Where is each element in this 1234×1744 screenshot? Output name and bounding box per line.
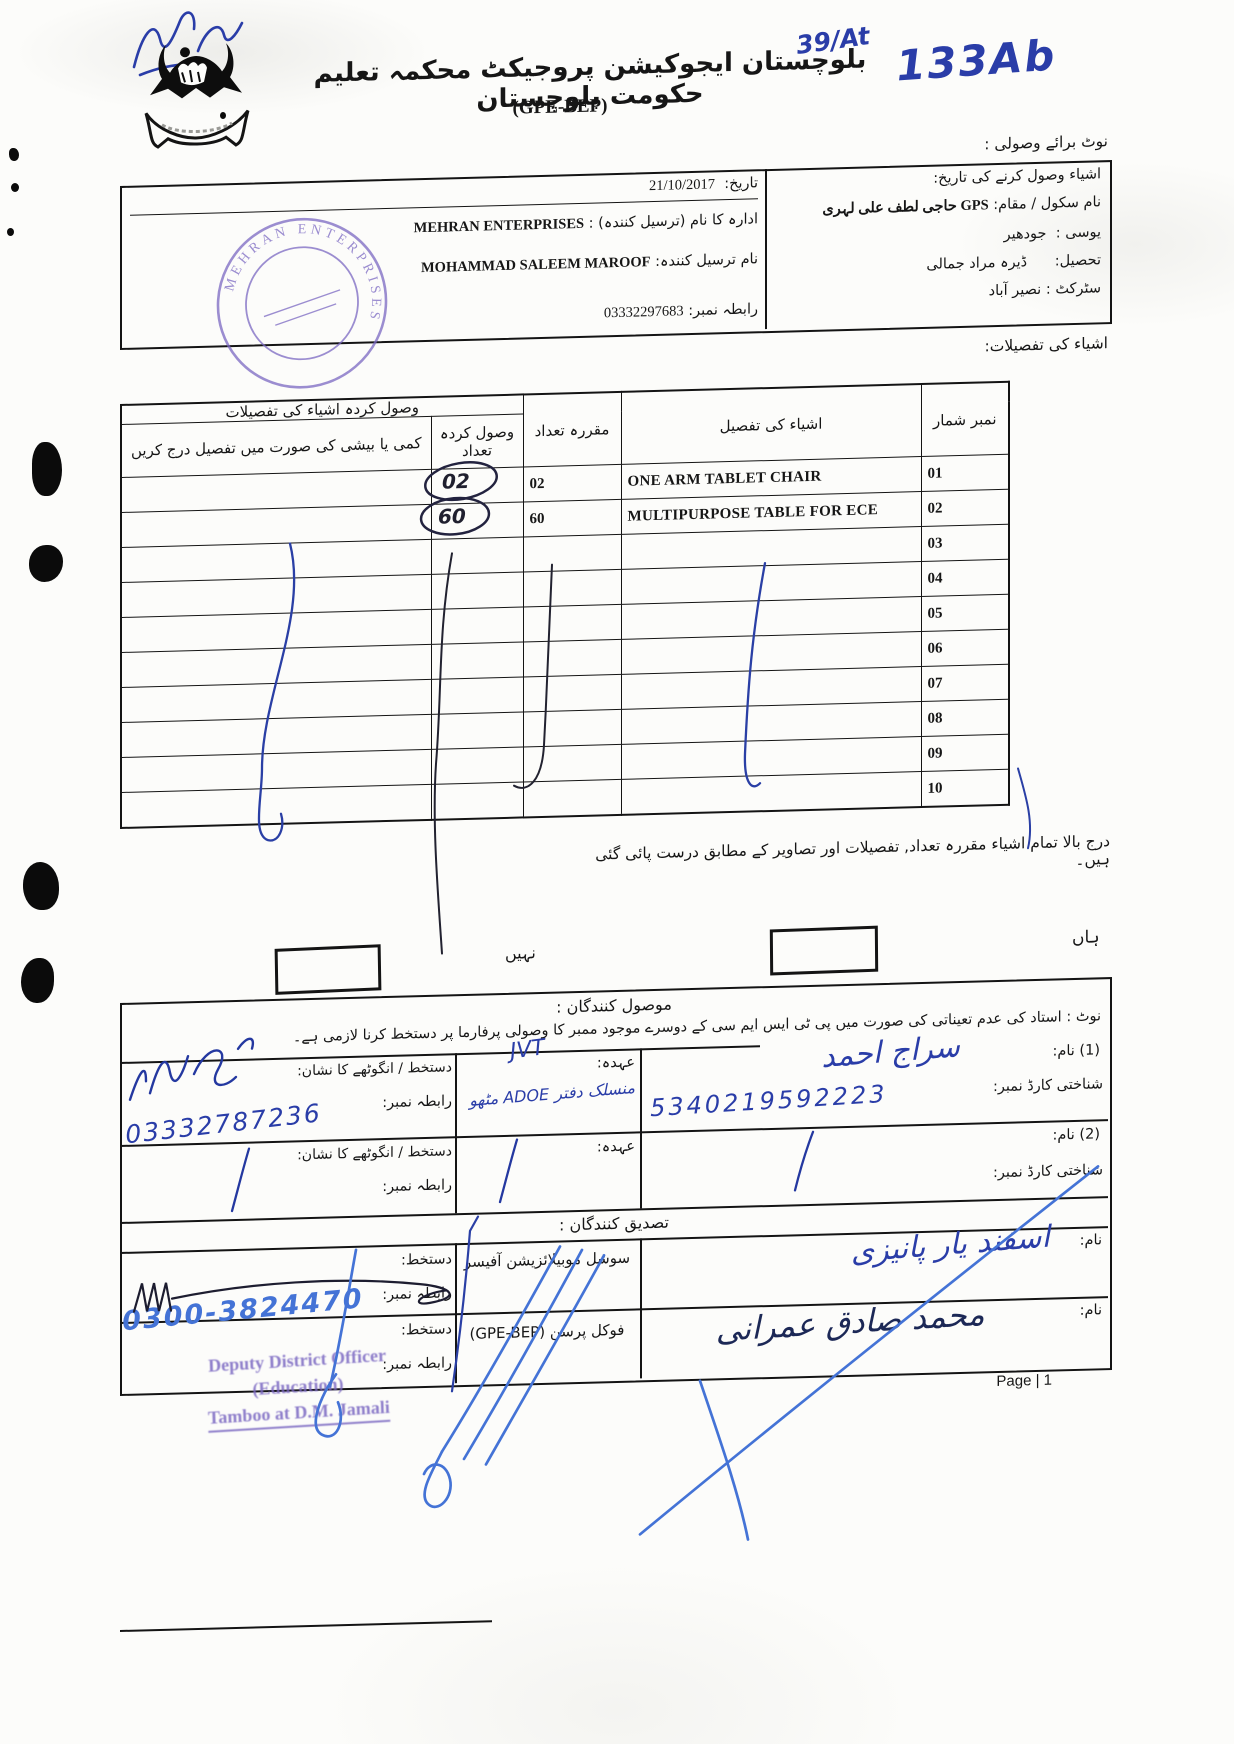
yes-checkbox — [770, 926, 878, 976]
deputy-district-officer-stamp: Deputy District Officer (Education) Tamb… — [147, 1338, 450, 1436]
page-number: Page | 1 — [940, 1372, 1052, 1392]
handwritten-received-qty-2: 60 — [438, 504, 466, 529]
no-checkbox — [275, 944, 382, 995]
scanned-receipt-form: 39/At 133Ab بلوچستان ایجوکیشن پروجیکٹ مح… — [0, 0, 1234, 1744]
svg-text:MEHRAN ENTERPRISES: MEHRAN ENTERPRISES — [210, 209, 393, 370]
recipient1-designation-label: عہدہ: — [575, 1055, 635, 1073]
certifier1-signature-label: دستخط: — [392, 1251, 452, 1269]
department-logo — [138, 40, 256, 151]
document-content: بلوچستان ایجوکیشن پروجیکٹ محکمہ تعلیم حک… — [0, 0, 1234, 1744]
col-header-received-qty: وصول کردہ تعداد — [431, 414, 523, 469]
no-label: نہیں — [505, 943, 536, 963]
items-table: نمبر شمار اشیاء کی تفصیل مقررہ تعداد وصو… — [120, 381, 1010, 829]
info-box-divider — [765, 169, 767, 329]
recipient2-contact-label: رابطہ نمبر: — [372, 1177, 452, 1195]
confirmation-statement: درج بالا تمام اشیاء مقررہ تعداد, تفصیلات… — [560, 832, 1110, 882]
col-header-fixed-qty: مقررہ تعداد — [523, 392, 621, 467]
certifier2-name-label: نام: — [1056, 1302, 1102, 1319]
certifier1-contact-label: رابطہ نمبر: — [372, 1285, 452, 1303]
recipient1-contact-label: رابطہ نمبر: — [372, 1093, 452, 1111]
supplier-round-stamp: MEHRAN ENTERPRISES — [210, 209, 395, 399]
handwritten-received-qty-1: 02 — [442, 469, 470, 494]
col-header-item: اشیاء کی تفصیل — [621, 384, 921, 464]
recipient2-designation-label: عہدہ: — [575, 1139, 635, 1157]
bottom-rule — [120, 1620, 492, 1632]
recipient1-designation-handwritten: JVT — [509, 1035, 546, 1064]
receipt-note-label: نوٹ برائے وصولی : — [808, 132, 1108, 158]
col-header-serial: نمبر شمار — [921, 382, 1009, 457]
items-section-label: اشیاء کی تفصیلات: — [808, 334, 1108, 360]
col-header-remarks: کمی یا بیشی کی صورت میں تفصیل درج کریں — [121, 416, 431, 477]
certifier2-signature-label: دستخط: — [392, 1321, 452, 1339]
yes-label: ہاں — [1072, 926, 1100, 948]
certifier1-name-label: نام: — [1056, 1232, 1102, 1249]
